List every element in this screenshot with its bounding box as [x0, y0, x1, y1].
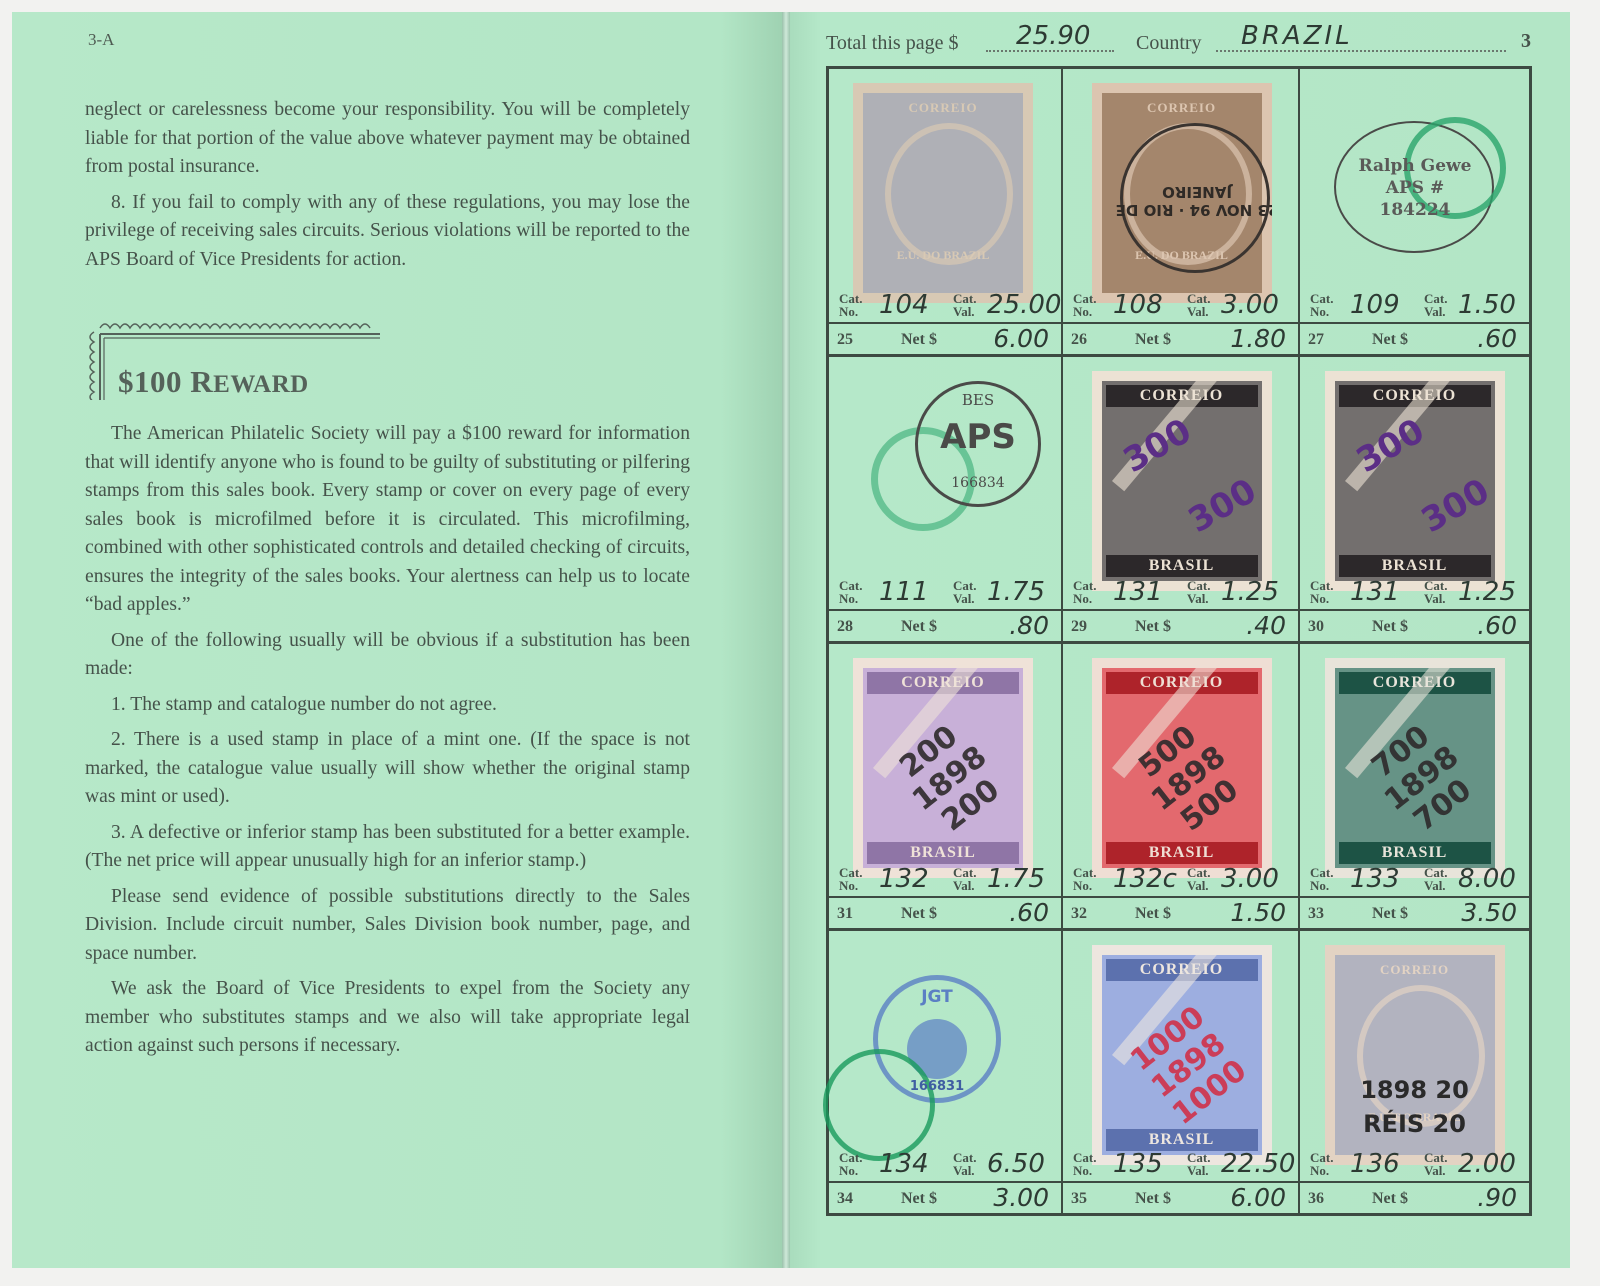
cat-no-label: Cat.No.	[1310, 1151, 1333, 1177]
catalog-row: Cat.No. 132 Cat.Val. 1.75	[829, 854, 1061, 898]
net-row: 32 Net $ 1.50	[1063, 898, 1298, 928]
handstamp-text: Ralph GeweAPS #184224	[1340, 155, 1490, 221]
cat-no-label: Cat.No.	[839, 866, 862, 892]
net-row: 25 Net $ 6.00	[829, 324, 1061, 354]
postage-stamp: CORREIOE.U. DO BRAZIL	[853, 83, 1033, 303]
net-row: 26 Net $ 1.80	[1063, 324, 1298, 354]
cat-val-value: 25.00	[987, 290, 1061, 320]
stamp-space: CORREIOBRASIL200 1898 200Cat.No. 132 Cat…	[829, 644, 1063, 931]
stamp-space: CORREIOE.U. DO BRAZILCat.No. 104 Cat.Val…	[829, 69, 1063, 357]
stamp-grid: CORREIOE.U. DO BRAZILCat.No. 104 Cat.Val…	[826, 66, 1532, 1216]
net-row: 30 Net $ .60	[1300, 611, 1529, 641]
cat-val-value: 22.50	[1221, 1149, 1295, 1179]
cat-no-value: 131	[1350, 577, 1400, 607]
stamp-space: CORREIOBRASIL300300Cat.No. 131 Cat.Val. …	[1063, 357, 1300, 644]
stamp-oval-frame	[885, 123, 1013, 265]
catalog-row: Cat.No. 134 Cat.Val. 6.50	[829, 1139, 1061, 1183]
stamp-space: Ralph GeweAPS #184224Cat.No. 109 Cat.Val…	[1300, 69, 1529, 357]
paragraph: Please send evidence of possible substit…	[85, 883, 690, 969]
stamp-desc-text: E.U. DO BRAZIL	[853, 248, 1033, 263]
paragraph: 8. If you fail to comply with any of the…	[85, 189, 690, 275]
country-value: BRAZIL	[1241, 21, 1353, 51]
catalog-row: Cat.No. 109 Cat.Val. 1.50	[1300, 280, 1529, 324]
cat-no-value: 135	[1113, 1149, 1163, 1179]
page-folio: 3-A	[88, 30, 114, 50]
cat-val-value: 8.00	[1458, 864, 1516, 894]
paragraph: 2. There is a used stamp in place of a m…	[85, 726, 690, 812]
space-number: 25	[837, 331, 853, 349]
net-label: Net $	[1372, 618, 1408, 636]
handstamp-initials: JGT	[873, 987, 1001, 1007]
postage-stamp: CORREIOBRASIL200 1898 200	[853, 658, 1033, 878]
net-row: 34 Net $ 3.00	[829, 1183, 1061, 1213]
net-value: 6.00	[993, 324, 1049, 353]
cat-no-value: 132c	[1113, 864, 1177, 894]
postage-stamp: CORREIOBRASIL300300	[1092, 371, 1272, 591]
overprint: 1898 20 RÉIS 20	[1335, 1073, 1495, 1141]
handstamp-number: 166831	[873, 1079, 1001, 1094]
collector-handstamp: Ralph GeweAPS #184224	[1300, 69, 1529, 282]
regulations-text: neglect or carelessness become your resp…	[85, 96, 690, 281]
catalog-row: Cat.No. 133 Cat.Val. 8.00	[1300, 854, 1529, 898]
space-number: 27	[1308, 331, 1324, 349]
stamp-space: CORREIOBRASIL500 1898 500Cat.No. 132c Ca…	[1063, 644, 1300, 931]
net-value: .60	[1009, 898, 1049, 927]
postage-stamp: CORREIOBRASIL1000 1898 1000	[1092, 945, 1272, 1165]
space-number: 28	[837, 618, 853, 636]
catalog-row: Cat.No. 111 Cat.Val. 1.75	[829, 567, 1061, 611]
cat-val-label: Cat.Val.	[1187, 579, 1210, 605]
space-number: 30	[1308, 618, 1324, 636]
paragraph: 3. A defective or inferior stamp has bee…	[85, 819, 690, 876]
total-label: Total this page $	[826, 32, 958, 55]
stamp-space: CORREIOE.U. DO BRAZIL23 NOV 94 · RIO DE …	[1063, 69, 1300, 357]
cat-val-value: 1.25	[1221, 577, 1279, 607]
collector-handstamp: BESAPS166834	[829, 357, 1061, 569]
net-value: .60	[1477, 324, 1517, 353]
cat-val-label: Cat.Val.	[953, 866, 976, 892]
paragraph: neglect or carelessness become your resp…	[85, 96, 690, 182]
cat-val-label: Cat.Val.	[1424, 292, 1447, 318]
reward-heading-prefix: $100 R	[118, 364, 213, 399]
space-number: 33	[1308, 905, 1324, 923]
catalog-row: Cat.No. 135 Cat.Val. 22.50	[1063, 1139, 1298, 1183]
cat-no-label: Cat.No.	[839, 1151, 862, 1177]
cat-val-value: 3.00	[1221, 864, 1279, 894]
cat-val-label: Cat.Val.	[1424, 1151, 1447, 1177]
cat-no-label: Cat.No.	[1073, 292, 1096, 318]
cat-no-value: 108	[1113, 290, 1163, 320]
stamp-space: CORREIOBRASIL1000 1898 1000Cat.No. 135 C…	[1063, 931, 1300, 1213]
cat-val-label: Cat.Val.	[1424, 579, 1447, 605]
paragraph: We ask the Board of Vice Presidents to e…	[85, 975, 690, 1061]
net-value: .90	[1477, 1183, 1517, 1212]
net-row: 28 Net $ .80	[829, 611, 1061, 641]
cat-val-label: Cat.Val.	[1187, 1151, 1210, 1177]
stamp-top-text: CORREIO	[1339, 959, 1491, 981]
postmark-text: 23 NOV 94 · RIO DE JANEIRO	[1112, 183, 1272, 219]
stamp-space: CORREIOE.U. DO BRAZIL1898 20 RÉIS 20Cat.…	[1300, 931, 1529, 1213]
cat-no-value: 111	[879, 577, 929, 607]
country-label: Country	[1136, 32, 1202, 55]
catalog-row: Cat.No. 132c Cat.Val. 3.00	[1063, 854, 1298, 898]
cat-no-value: 131	[1113, 577, 1163, 607]
cat-val-value: 6.50	[987, 1149, 1045, 1179]
cat-no-label: Cat.No.	[839, 292, 862, 318]
reward-text: The American Philatelic Society will pay…	[85, 420, 690, 1068]
space-number: 26	[1071, 331, 1087, 349]
catalog-row: Cat.No. 131 Cat.Val. 1.25	[1300, 567, 1529, 611]
net-value: 1.80	[1230, 324, 1286, 353]
net-label: Net $	[901, 331, 937, 349]
net-label: Net $	[1135, 905, 1171, 923]
paragraph: 1. The stamp and catalogue number do not…	[85, 691, 690, 720]
page-header: Total this page $ 25.90 Country BRAZIL 3	[826, 27, 1531, 61]
cat-no-label: Cat.No.	[1073, 579, 1096, 605]
postage-stamp: CORREIOBRASIL300300	[1325, 371, 1505, 591]
cat-no-label: Cat.No.	[1073, 1151, 1096, 1177]
cat-no-value: 134	[879, 1149, 929, 1179]
postage-stamp: CORREIOBRASIL700 1898 700	[1325, 658, 1505, 878]
postage-stamp: CORREIOE.U. DO BRAZIL23 NOV 94 · RIO DE …	[1092, 83, 1272, 303]
net-value: 3.50	[1461, 898, 1517, 927]
space-number: 31	[837, 905, 853, 923]
paragraph: One of the following usually will be obv…	[85, 627, 690, 684]
catalog-row: Cat.No. 108 Cat.Val. 3.00	[1063, 280, 1298, 324]
cat-no-value: 109	[1350, 290, 1400, 320]
cat-val-value: 1.75	[987, 864, 1045, 894]
cat-no-value: 132	[879, 864, 929, 894]
cat-no-label: Cat.No.	[1310, 292, 1333, 318]
cat-val-value: 2.00	[1458, 1149, 1516, 1179]
cat-val-label: Cat.Val.	[1187, 292, 1210, 318]
handstamp-initials: BES	[915, 391, 1041, 409]
catalog-row: Cat.No. 136 Cat.Val. 2.00	[1300, 1139, 1529, 1183]
net-row: 33 Net $ 3.50	[1300, 898, 1529, 928]
catalog-row: Cat.No. 104 Cat.Val. 25.00	[829, 280, 1061, 324]
page-number: 3	[1521, 30, 1531, 53]
space-number: 32	[1071, 905, 1087, 923]
space-number: 36	[1308, 1190, 1324, 1208]
handstamp-monogram: APS	[915, 417, 1041, 457]
net-row: 36 Net $ .90	[1300, 1183, 1529, 1213]
handstamp-number: 166834	[915, 475, 1041, 491]
cat-val-label: Cat.Val.	[1424, 866, 1447, 892]
cat-no-label: Cat.No.	[1310, 866, 1333, 892]
stamp-top-text: CORREIO	[867, 97, 1019, 119]
cat-val-value: 1.75	[987, 577, 1045, 607]
stamp-space: BESAPS166834Cat.No. 111 Cat.Val. 1.7528 …	[829, 357, 1063, 644]
net-label: Net $	[1135, 1190, 1171, 1208]
stamp-space: CORREIOBRASIL700 1898 700Cat.No. 133 Cat…	[1300, 644, 1529, 931]
net-row: 27 Net $ .60	[1300, 324, 1529, 354]
stamp-space: CORREIOBRASIL300300Cat.No. 131 Cat.Val. …	[1300, 357, 1529, 644]
space-number: 29	[1071, 618, 1087, 636]
net-value: 1.50	[1230, 898, 1286, 927]
net-row: 35 Net $ 6.00	[1063, 1183, 1298, 1213]
cat-no-value: 136	[1350, 1149, 1400, 1179]
net-label: Net $	[901, 618, 937, 636]
cat-no-label: Cat.No.	[839, 579, 862, 605]
cat-val-value: 1.25	[1458, 577, 1516, 607]
total-value: 25.90	[1016, 21, 1090, 51]
net-value: .60	[1477, 611, 1517, 640]
catalog-row: Cat.No. 131 Cat.Val. 1.25	[1063, 567, 1298, 611]
net-value: 3.00	[993, 1183, 1049, 1212]
paragraph: The American Philatelic Society will pay…	[85, 420, 690, 620]
net-label: Net $	[901, 905, 937, 923]
net-label: Net $	[1372, 1190, 1408, 1208]
net-label: Net $	[1135, 331, 1171, 349]
cat-val-value: 1.50	[1458, 290, 1516, 320]
net-row: 31 Net $ .60	[829, 898, 1061, 928]
stamp-space: JGT166831Cat.No. 134 Cat.Val. 6.5034 Net…	[829, 931, 1063, 1213]
cat-no-label: Cat.No.	[1073, 866, 1096, 892]
cat-val-value: 3.00	[1221, 290, 1279, 320]
net-label: Net $	[901, 1190, 937, 1208]
cat-val-label: Cat.Val.	[953, 292, 976, 318]
net-value: .80	[1009, 611, 1049, 640]
postage-stamp: CORREIOBRASIL500 1898 500	[1092, 658, 1272, 878]
space-number: 35	[1071, 1190, 1087, 1208]
cat-val-label: Cat.Val.	[953, 579, 976, 605]
space-number: 34	[837, 1190, 853, 1208]
cat-no-value: 133	[1350, 864, 1400, 894]
net-value: .40	[1246, 611, 1286, 640]
collector-handstamp: JGT166831	[829, 931, 1061, 1141]
cat-no-label: Cat.No.	[1310, 579, 1333, 605]
net-row: 29 Net $ .40	[1063, 611, 1298, 641]
reward-heading-rest: EWARD	[213, 371, 309, 398]
reward-heading: $100 REWARD	[118, 364, 309, 400]
net-label: Net $	[1135, 618, 1171, 636]
stamp-top-text: CORREIO	[1106, 97, 1258, 119]
net-label: Net $	[1372, 331, 1408, 349]
cat-no-value: 104	[879, 290, 929, 320]
cat-val-label: Cat.Val.	[1187, 866, 1210, 892]
net-value: 6.00	[1230, 1183, 1286, 1212]
postage-stamp: CORREIOE.U. DO BRAZIL1898 20 RÉIS 20	[1325, 945, 1505, 1165]
cat-val-label: Cat.Val.	[953, 1151, 976, 1177]
net-label: Net $	[1372, 905, 1408, 923]
